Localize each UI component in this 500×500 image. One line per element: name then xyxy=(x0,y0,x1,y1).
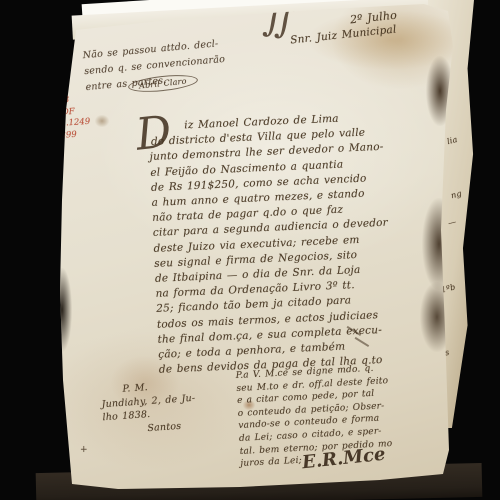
pen-mark-cross: + xyxy=(80,445,88,455)
archival-number: T33L.DFCa.12490399 xyxy=(52,94,91,142)
dateline-block: P. M.Jundiahy, 2, de Ju-lho 1838.Santos xyxy=(100,378,197,438)
photograph-of-manuscript: lia ng — 1ºb s Não se passou attdo. decl… xyxy=(0,0,500,500)
docket-addressee: Snr. Juiz Municipal xyxy=(290,23,397,46)
foxing-spot xyxy=(95,115,109,127)
archival-number-line: 0399 xyxy=(55,128,92,142)
torn-edge-left xyxy=(52,268,72,352)
main-sheet: Não se passou attdo. decl-sendo q. se co… xyxy=(0,0,500,500)
